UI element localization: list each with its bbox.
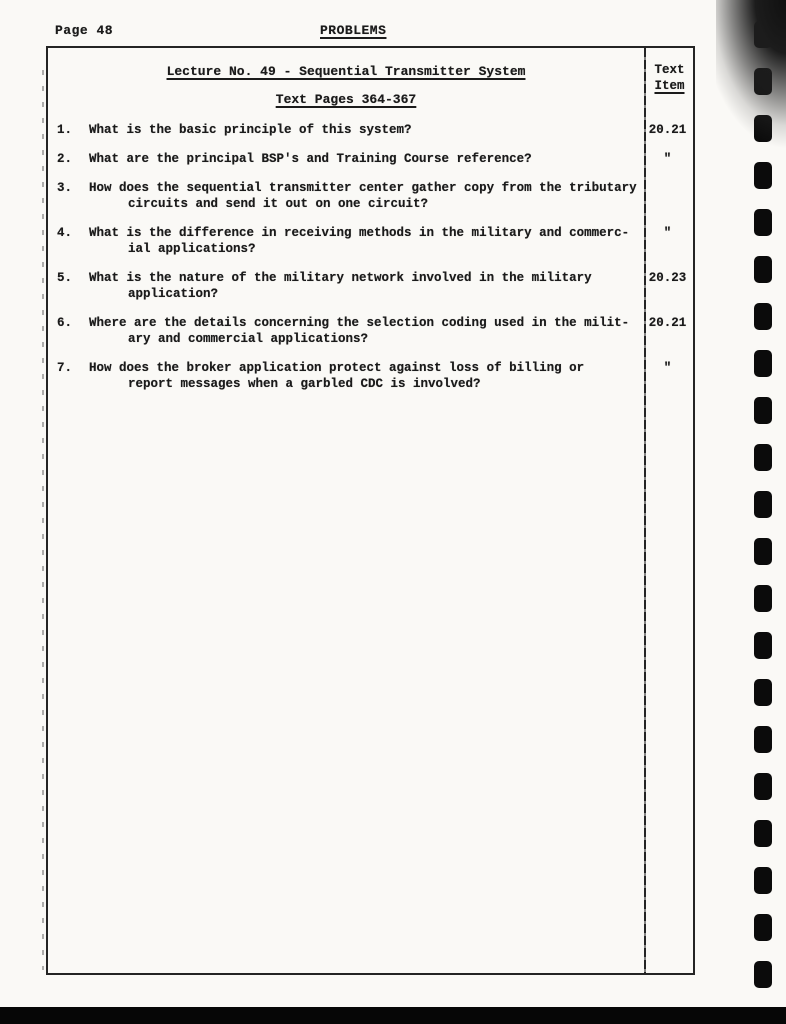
problem-number: 1. (48, 122, 89, 138)
binding-hole (754, 961, 772, 988)
problem-number: 5. (48, 270, 89, 286)
problem-number: 7. (48, 360, 89, 376)
problem-text-line1: What are the principal BSP's and Trainin… (89, 151, 642, 167)
problem-number: 3. (48, 180, 89, 196)
problem-text: What is the nature of the military netwo… (89, 270, 642, 302)
binding-hole (754, 726, 772, 753)
problem-text-line1: What is the basic principle of this syst… (89, 122, 642, 138)
binding-hole (754, 820, 772, 847)
problem-text: What is the difference in receiving meth… (89, 225, 642, 257)
lecture-title: Lecture No. 49 - Sequential Transmitter … (167, 64, 526, 79)
problem-text-line1: What is the difference in receiving meth… (89, 225, 642, 241)
text-pages-label: Text Pages 364-367 (276, 92, 416, 107)
binding-hole (754, 538, 772, 565)
binding-hole (754, 115, 772, 142)
binding-hole (754, 397, 772, 424)
binding-hole (754, 867, 772, 894)
binding-hole (754, 585, 772, 612)
binding-hole (754, 679, 772, 706)
problem-row: 4. What is the difference in receiving m… (48, 225, 693, 257)
text-item-value: " (644, 360, 691, 376)
binding-hole (754, 21, 772, 48)
problem-text: Where are the details concerning the sel… (89, 315, 642, 347)
binding-hole (754, 350, 772, 377)
problem-text: What are the principal BSP's and Trainin… (89, 151, 642, 167)
problem-text-line2: application? (89, 286, 642, 302)
question-list: 1. What is the basic principle of this s… (48, 122, 693, 405)
text-pages-subtitle: Text Pages 364-367 (48, 92, 644, 107)
scan-scratch-marks (42, 70, 44, 970)
text-item-header-line1: Text (646, 62, 693, 78)
problem-text: How does the broker application protect … (89, 360, 642, 392)
binding-hole (754, 256, 772, 283)
binding-hole (754, 303, 772, 330)
problem-text-line1: What is the nature of the military netwo… (89, 270, 642, 286)
problem-text: What is the basic principle of this syst… (89, 122, 642, 138)
problem-row: 1. What is the basic principle of this s… (48, 122, 693, 138)
problem-text: How does the sequential transmitter cent… (89, 180, 642, 212)
problem-row: 5. What is the nature of the military ne… (48, 270, 693, 302)
problem-number: 4. (48, 225, 89, 241)
problem-text-line1: Where are the details concerning the sel… (89, 315, 642, 331)
binding-hole (754, 773, 772, 800)
binding-hole (754, 491, 772, 518)
table-header: Lecture No. 49 - Sequential Transmitter … (48, 64, 644, 107)
binding-hole (754, 68, 772, 95)
problem-text-line1: How does the broker application protect … (89, 360, 642, 376)
text-item-value: " (644, 151, 691, 167)
problem-text-line1: How does the sequential transmitter cent… (89, 180, 642, 196)
text-item-value: 20.21 (644, 315, 691, 331)
problem-row: 3. How does the sequential transmitter c… (48, 180, 693, 212)
scan-corner-shadow (716, 0, 786, 180)
binding-hole (754, 914, 772, 941)
problem-row: 6. Where are the details concerning the … (48, 315, 693, 347)
scan-bottom-bar (0, 1007, 786, 1024)
problem-text-line2: report messages when a garbled CDC is in… (89, 376, 642, 392)
problem-text-line2: circuits and send it out on one circuit? (89, 196, 642, 212)
problem-number: 6. (48, 315, 89, 331)
binding-hole (754, 632, 772, 659)
problem-text-line2: ary and commercial applications? (89, 331, 642, 347)
problems-table: Lecture No. 49 - Sequential Transmitter … (46, 46, 695, 975)
text-item-value: " (644, 225, 691, 241)
binding-hole (754, 162, 772, 189)
binding-hole (754, 209, 772, 236)
text-item-value: 20.21 (644, 122, 691, 138)
page-number-label: Page 48 (55, 23, 113, 38)
binding-hole (754, 444, 772, 471)
document-title: PROBLEMS (320, 23, 386, 38)
text-item-column-header: Text Item (646, 62, 693, 94)
problem-number: 2. (48, 151, 89, 167)
problem-text-line2: ial applications? (89, 241, 642, 257)
text-item-header-line2: Item (646, 78, 693, 94)
problem-row: 2. What are the principal BSP's and Trai… (48, 151, 693, 167)
problem-row: 7. How does the broker application prote… (48, 360, 693, 392)
text-item-value: 20.23 (644, 270, 691, 286)
